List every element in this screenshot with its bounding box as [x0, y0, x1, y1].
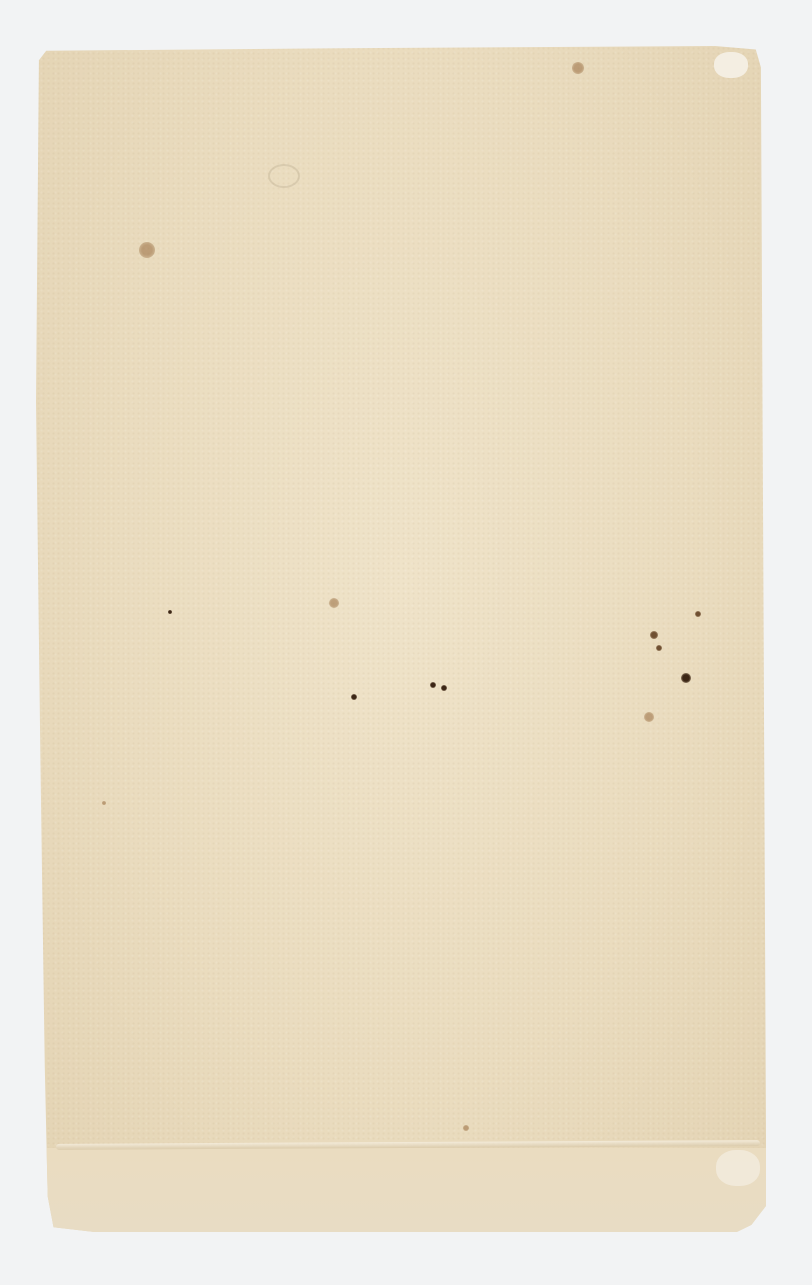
- corner-chip-bottom-right: [716, 1150, 760, 1186]
- foxing-spot: [644, 712, 654, 722]
- foxing-spot: [572, 62, 584, 74]
- faint-pencil-mark: [268, 164, 300, 188]
- foxing-spot: [139, 242, 155, 258]
- foxing-spot: [168, 610, 172, 614]
- foxing-spot: [695, 611, 701, 617]
- foxing-spot: [441, 685, 447, 691]
- foxing-spot: [351, 694, 357, 700]
- foxing-spot: [656, 645, 662, 651]
- foxing-spot: [463, 1125, 469, 1131]
- foxing-spot: [329, 598, 339, 608]
- torn-bottom-strip: [36, 1148, 766, 1232]
- corner-chip-top-right: [714, 52, 748, 78]
- photo-scene: [0, 0, 812, 1285]
- card-back: [36, 46, 766, 1232]
- paper-texture: [36, 46, 766, 1232]
- foxing-spot: [650, 631, 658, 639]
- foxing-spot: [102, 801, 106, 805]
- foxing-spot: [430, 682, 436, 688]
- foxing-spot: [681, 673, 691, 683]
